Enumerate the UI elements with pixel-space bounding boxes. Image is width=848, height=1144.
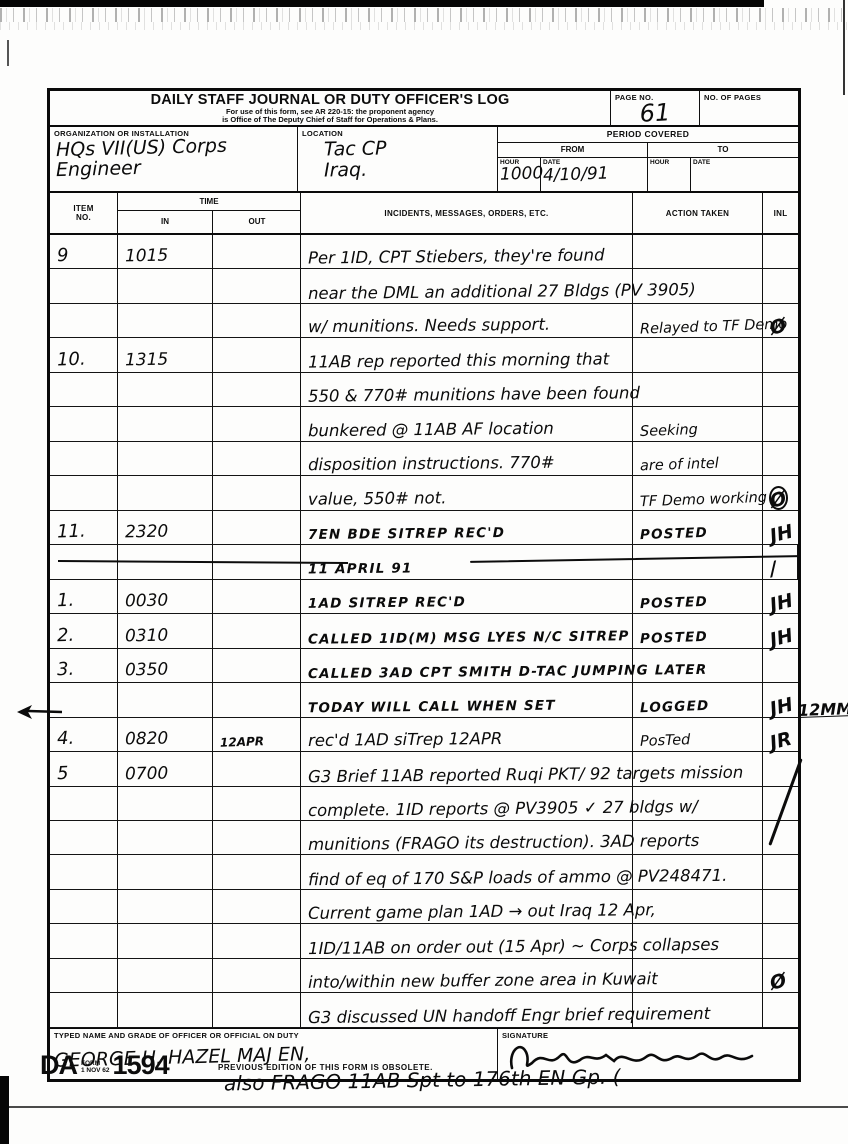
time-in-cell-text: 0310 — [125, 625, 169, 646]
incidents-cell-text: CALLED 1ID(M) MSG LYES N/C SITREP — [308, 628, 630, 647]
journal-row: 50700G3 Brief 11AB reported Ruqi PKT/ 92… — [50, 752, 798, 786]
item-no-cell-text: 2. — [57, 624, 75, 646]
inl-cell: JH — [763, 580, 798, 613]
scan-bottom-line-artifact — [0, 1106, 848, 1108]
inl-cell: JH — [763, 683, 798, 716]
action-taken-cell — [633, 545, 763, 578]
journal-row: 1ID/11AB on order out (15 Apr) ~ Corps c… — [50, 924, 798, 958]
to-date-box: DATE — [691, 158, 798, 191]
incidents-cell-text: bunkered @ 11AB AF location — [308, 419, 554, 441]
action-taken-cell-text: TF Demo working — [640, 490, 767, 510]
inl-cell-text: JH — [768, 593, 794, 614]
time-out-cell — [213, 407, 301, 440]
incidents-cell: bunkered @ 11AB AF location — [301, 407, 633, 440]
from-date-value: 4/10/91 — [543, 162, 648, 186]
form-title-block: DAILY STAFF JOURNAL OR DUTY OFFICER'S LO… — [50, 91, 611, 127]
incidents-cell-text: G3 discussed UN handoff Engr brief requi… — [308, 1004, 710, 1027]
time-in-cell-text: 2320 — [125, 522, 169, 543]
action-taken-cell-text: are of intel — [640, 456, 719, 475]
inl-cell — [763, 373, 798, 406]
item-no-cell — [50, 821, 118, 854]
time-out-cell — [213, 338, 301, 371]
header-time-label: TIME — [118, 193, 300, 211]
incidents-cell: complete. 1ID reports @ PV3905 ✓ 27 bldg… — [301, 787, 633, 820]
time-out-cell — [213, 511, 301, 544]
inl-cell — [763, 338, 798, 371]
period-from-label: FROM — [498, 143, 648, 157]
incidents-cell-text: 1AD SITREP REC'D — [308, 594, 466, 612]
action-taken-cell: LOGGED — [633, 683, 763, 716]
inl-cell-text: JH — [768, 696, 794, 717]
da-form-1594: DAILY STAFF JOURNAL OR DUTY OFFICER'S LO… — [47, 88, 801, 1082]
item-no-cell: 2. — [50, 614, 118, 647]
action-taken-cell: PosTed — [633, 718, 763, 751]
time-in-cell: 0030 — [118, 580, 213, 613]
inl-cell — [763, 269, 798, 302]
header-item-no: ITEMNO. — [50, 193, 118, 233]
time-in-cell — [118, 407, 213, 440]
action-taken-cell: POSTED — [633, 511, 763, 544]
header-inl: INL — [763, 193, 798, 233]
item-no-cell — [50, 924, 118, 957]
time-out-cell — [213, 304, 301, 337]
action-taken-cell: Relayed to TF Demo — [633, 304, 763, 337]
location-value-line1: Tac CP — [324, 136, 497, 160]
journal-row: 10.131511AB rep reported this morning th… — [50, 338, 798, 372]
item-no-cell-text: 11. — [57, 521, 86, 543]
item-no-cell: 1. — [50, 580, 118, 613]
to-hour-box: HOUR — [648, 158, 691, 191]
incidents-cell-text: complete. 1ID reports @ PV3905 ✓ 27 bldg… — [308, 797, 698, 820]
action-taken-cell — [633, 235, 763, 268]
incidents-cell: 1ID/11AB on order out (15 Apr) ~ Corps c… — [301, 924, 633, 957]
incidents-cell-text: near the DML an additional 27 Bldgs (PV … — [308, 280, 696, 303]
journal-row: 3.0350CALLED 3AD CPT SMITH D-TAC JUMPING… — [50, 649, 798, 683]
journal-row: into/within new buffer zone area in Kuwa… — [50, 959, 798, 993]
journal-row: 550 & 770# munitions have been found — [50, 373, 798, 407]
inl-cell: JH — [763, 511, 798, 544]
inl-cell-text: JR — [768, 731, 793, 752]
incidents-cell: 1AD SITREP REC'D — [301, 580, 633, 613]
incidents-cell-text: Per 1ID, CPT Stiebers, they're found — [308, 246, 605, 268]
scan-top-edge-artifact — [0, 0, 764, 7]
scan-noise-band-2 — [0, 22, 848, 30]
time-in-cell — [118, 269, 213, 302]
item-no-cell — [50, 993, 118, 1026]
action-taken-cell-text: LOGGED — [640, 697, 710, 715]
page-no-box: PAGE NO. 61 — [611, 91, 700, 127]
form-edition: 1 NOV 62 — [81, 1067, 110, 1074]
incidents-cell: G3 Brief 11AB reported Ruqi PKT/ 92 targ… — [301, 752, 633, 785]
organization-box: ORGANIZATION OR INSTALLATION HQs VII(US)… — [50, 127, 298, 191]
time-out-cell: 12APR — [213, 718, 301, 751]
time-in-cell-text: 0700 — [125, 763, 169, 784]
action-taken-cell: Seeking — [633, 407, 763, 440]
journal-row: find of eq of 170 S&P loads of ammo @ PV… — [50, 855, 798, 889]
form-header-row: DAILY STAFF JOURNAL OR DUTY OFFICER'S LO… — [50, 91, 798, 127]
incidents-cell-text: rec'd 1AD siTrep 12APR — [308, 729, 503, 750]
time-out-cell — [213, 373, 301, 406]
time-in-cell — [118, 683, 213, 716]
incidents-cell: value, 550# not. — [301, 476, 633, 509]
inl-cell-text: Ø — [768, 973, 788, 992]
incidents-cell: G3 discussed UN handoff Engr brief requi… — [301, 993, 633, 1026]
time-out-cell — [213, 235, 301, 268]
location-box: LOCATION Tac CP Iraq. — [298, 127, 498, 191]
margin-circle-mark — [769, 486, 788, 510]
inl-cell: JR — [763, 718, 798, 751]
item-no-cell — [50, 442, 118, 475]
journal-row: TODAY WILL CALL WHEN SETLOGGEDJH — [50, 683, 798, 717]
time-in-cell — [118, 373, 213, 406]
to-date-label: DATE — [691, 158, 798, 166]
incidents-cell: 11AB rep reported this morning that — [301, 338, 633, 371]
time-in-cell — [118, 821, 213, 854]
time-out-cell — [213, 269, 301, 302]
incidents-cell: rec'd 1AD siTrep 12APR — [301, 718, 633, 751]
item-no-cell: 11. — [50, 511, 118, 544]
typed-name-label: TYPED NAME AND GRADE OF OFFICER OR OFFIC… — [50, 1029, 497, 1040]
inl-cell — [763, 235, 798, 268]
org-location-period-row: ORGANIZATION OR INSTALLATION HQs VII(US)… — [50, 127, 798, 193]
time-out-cell — [213, 476, 301, 509]
inl-cell — [763, 442, 798, 475]
incidents-cell-text: into/within new buffer zone area in Kuwa… — [308, 969, 658, 992]
action-taken-cell-text: POSTED — [640, 628, 708, 646]
inl-cell — [763, 993, 798, 1026]
header-time-out: OUT — [213, 211, 301, 233]
page-no-value: 61 — [610, 97, 699, 130]
form-word: FORM — [81, 1060, 100, 1067]
margin-arrow-annotation — [16, 702, 64, 722]
time-in-cell: 1315 — [118, 338, 213, 371]
journal-row: 1.00301AD SITREP REC'DPOSTEDJH — [50, 580, 798, 614]
item-no-cell — [50, 304, 118, 337]
time-in-cell: 0700 — [118, 752, 213, 785]
from-hour-value: 1000 — [500, 163, 541, 184]
time-in-cell — [118, 993, 213, 1026]
incidents-cell: disposition instructions. 770# — [301, 442, 633, 475]
inl-cell — [763, 821, 798, 854]
item-no-cell-text: 9 — [57, 245, 69, 266]
incidents-cell-text: 550 & 770# munitions have been found — [308, 384, 640, 406]
time-in-cell-text: 0820 — [125, 729, 169, 750]
time-in-cell — [118, 890, 213, 923]
time-in-cell-text: 1315 — [125, 349, 169, 370]
time-in-cell-text: 1015 — [125, 246, 169, 267]
incidents-cell-text: 11AB rep reported this morning that — [308, 349, 609, 371]
incidents-cell: Per 1ID, CPT Stiebers, they're found — [301, 235, 633, 268]
incidents-cell: munitions (FRAGO its destruction). 3AD r… — [301, 821, 633, 854]
time-out-cell — [213, 580, 301, 613]
time-in-cell: 0310 — [118, 614, 213, 647]
no-of-pages-box: NO. OF PAGES — [700, 91, 798, 127]
time-out-cell — [213, 890, 301, 923]
item-no-cell: 10. — [50, 338, 118, 371]
item-no-cell — [50, 476, 118, 509]
incidents-cell-text: 7EN BDE SITREP REC'D — [308, 525, 505, 543]
time-out-cell — [213, 993, 301, 1026]
action-taken-cell: POSTED — [633, 614, 763, 647]
inl-cell-text: / — [768, 560, 779, 577]
journal-row: value, 550# not.TF Demo workingØ — [50, 476, 798, 510]
item-no-cell — [50, 269, 118, 302]
journal-row: G3 discussed UN handoff Engr brief requi… — [50, 993, 798, 1027]
inl-cell: Ø — [763, 959, 798, 992]
action-taken-cell: TF Demo working — [633, 476, 763, 509]
period-to-label: TO — [648, 143, 798, 157]
time-out-cell — [213, 614, 301, 647]
inl-cell-text: JH — [768, 627, 794, 648]
item-no-cell: 3. — [50, 649, 118, 682]
time-in-cell: 0350 — [118, 649, 213, 682]
journal-row: Current game plan 1AD → out Iraq 12 Apr, — [50, 890, 798, 924]
scanned-document-page: DAILY STAFF JOURNAL OR DUTY OFFICER'S LO… — [0, 0, 848, 1144]
inl-cell — [763, 924, 798, 957]
to-hour-label: HOUR — [648, 158, 690, 166]
incidents-cell: w/ munitions. Needs support. — [301, 304, 633, 337]
time-out-cell — [213, 683, 301, 716]
item-no-cell: 5 — [50, 752, 118, 785]
incidents-cell-text: value, 550# not. — [308, 488, 447, 508]
incidents-cell-text: disposition instructions. 770# — [308, 453, 555, 475]
incidents-cell: CALLED 3AD CPT SMITH D-TAC JUMPING LATER — [301, 649, 633, 682]
journal-row: near the DML an additional 27 Bldgs (PV … — [50, 269, 798, 303]
time-out-cell — [213, 855, 301, 888]
inl-cell — [763, 855, 798, 888]
item-no-cell-text: 5 — [57, 762, 69, 783]
incidents-cell: 550 & 770# munitions have been found — [301, 373, 633, 406]
journal-row: 4.082012APRrec'd 1AD siTrep 12APRPosTedJ… — [50, 718, 798, 752]
time-out-cell-text: 12APR — [220, 734, 264, 750]
period-covered-box: PERIOD COVERED FROM TO HOUR 1000 DATE 4/… — [498, 127, 798, 191]
time-in-cell — [118, 476, 213, 509]
margin-note-12mm: 12MM — [798, 699, 848, 720]
time-out-cell — [213, 924, 301, 957]
item-no-cell — [50, 855, 118, 888]
form-number: 1594 — [113, 1052, 169, 1078]
journal-row: disposition instructions. 770#are of int… — [50, 442, 798, 476]
item-no-cell — [50, 890, 118, 923]
journal-rows: 91015Per 1ID, CPT Stiebers, they're foun… — [50, 235, 798, 1028]
time-out-cell — [213, 787, 301, 820]
inl-cell-text: JH — [768, 524, 794, 545]
time-in-cell-text: 0350 — [125, 660, 169, 681]
journal-row: 11.23207EN BDE SITREP REC'DPOSTEDJH — [50, 511, 798, 545]
from-hour-box: HOUR 1000 — [498, 158, 541, 191]
inl-cell-text: Ø — [768, 318, 788, 337]
time-in-cell — [118, 924, 213, 957]
time-in-cell: 1015 — [118, 235, 213, 268]
form-number-block: DA FORM 1 NOV 62 1594 — [40, 1052, 169, 1078]
time-out-cell — [213, 649, 301, 682]
incidents-cell: TODAY WILL CALL WHEN SET — [301, 683, 633, 716]
item-no-cell-text: 4. — [57, 728, 75, 750]
journal-row: 2.0310CALLED 1ID(M) MSG LYES N/C SITREPP… — [50, 614, 798, 648]
inl-cell — [763, 649, 798, 682]
journal-row: bunkered @ 11AB AF locationSeeking — [50, 407, 798, 441]
incidents-cell-text: w/ munitions. Needs support. — [308, 315, 550, 337]
inl-cell — [763, 407, 798, 440]
time-in-cell-text: 0030 — [125, 591, 169, 612]
time-in-cell: 2320 — [118, 511, 213, 544]
time-out-cell — [213, 959, 301, 992]
action-taken-cell-text: POSTED — [640, 594, 708, 612]
action-taken-cell: POSTED — [633, 580, 763, 613]
scan-noise-band — [0, 8, 848, 22]
time-in-cell — [118, 787, 213, 820]
time-in-cell — [118, 855, 213, 888]
time-out-cell — [213, 752, 301, 785]
form-edition-block: FORM 1 NOV 62 — [81, 1060, 110, 1074]
journal-row: complete. 1ID reports @ PV3905 ✓ 27 bldg… — [50, 787, 798, 821]
incidents-cell-text: 1ID/11AB on order out (15 Apr) ~ Corps c… — [308, 935, 719, 958]
inl-cell: / — [763, 545, 798, 578]
form-subtitle-line2: is Office of The Deputy Chief of Staff f… — [50, 116, 610, 124]
organization-value-line2: Engineer — [56, 154, 297, 181]
action-taken-cell-text: Seeking — [640, 422, 698, 440]
scan-right-edge-artifact — [843, 0, 845, 95]
incidents-cell-text: TODAY WILL CALL WHEN SET — [308, 697, 556, 716]
item-no-cell-text: 3. — [57, 659, 75, 681]
da-prefix: DA — [40, 1052, 77, 1078]
time-out-cell — [213, 821, 301, 854]
action-taken-cell — [633, 338, 763, 371]
incidents-cell: near the DML an additional 27 Bldgs (PV … — [301, 269, 633, 302]
incidents-cell-text: G3 Brief 11AB reported Ruqi PKT/ 92 targ… — [308, 762, 743, 786]
no-of-pages-label: NO. OF PAGES — [700, 91, 798, 102]
time-in-cell — [118, 959, 213, 992]
incidents-cell: 7EN BDE SITREP REC'D — [301, 511, 633, 544]
inl-cell — [763, 890, 798, 923]
form-title: DAILY STAFF JOURNAL OR DUTY OFFICER'S LO… — [50, 93, 610, 108]
journal-row: w/ munitions. Needs support.Relayed to T… — [50, 304, 798, 338]
action-taken-cell-text: POSTED — [640, 525, 708, 543]
incidents-cell-text: Current game plan 1AD → out Iraq 12 Apr, — [308, 901, 656, 924]
journal-separator-row: 11 APRIL 91/ — [50, 545, 798, 579]
item-no-cell: 9 — [50, 235, 118, 268]
inl-cell: JH — [763, 614, 798, 647]
time-in-cell — [118, 304, 213, 337]
header-time: TIME IN OUT — [118, 193, 301, 233]
action-taken-cell — [633, 373, 763, 406]
journal-row: munitions (FRAGO its destruction). 3AD r… — [50, 821, 798, 855]
item-no-cell-text: 1. — [57, 590, 75, 612]
from-date-box: DATE 4/10/91 — [541, 158, 648, 191]
incidents-cell: find of eq of 170 S&P loads of ammo @ PV… — [301, 855, 633, 888]
location-value-line2: Iraq. — [324, 157, 497, 181]
item-no-cell — [50, 407, 118, 440]
action-taken-cell: are of intel — [633, 442, 763, 475]
scan-left-edge-artifact — [7, 40, 9, 66]
time-in-cell: 0820 — [118, 718, 213, 751]
header-time-in: IN — [118, 211, 213, 233]
column-header-row: ITEMNO. TIME IN OUT INCIDENTS, MESSAGES,… — [50, 193, 798, 235]
item-no-cell — [50, 373, 118, 406]
journal-row: 91015Per 1ID, CPT Stiebers, they're foun… — [50, 235, 798, 269]
incidents-cell: CALLED 1ID(M) MSG LYES N/C SITREP — [301, 614, 633, 647]
time-in-cell — [118, 442, 213, 475]
header-action-taken: ACTION TAKEN — [633, 193, 763, 233]
incidents-cell: Current game plan 1AD → out Iraq 12 Apr, — [301, 890, 633, 923]
period-covered-label: PERIOD COVERED — [498, 127, 798, 143]
item-no-cell — [50, 959, 118, 992]
incidents-cell: 11 APRIL 91 — [301, 545, 633, 578]
header-incidents: INCIDENTS, MESSAGES, ORDERS, ETC. — [301, 193, 633, 233]
time-out-cell — [213, 442, 301, 475]
scan-bottom-left-artifact — [0, 1076, 9, 1144]
item-no-cell-text: 10. — [57, 348, 86, 370]
incidents-cell: into/within new buffer zone area in Kuwa… — [301, 959, 633, 992]
item-no-cell — [50, 787, 118, 820]
item-no-cell: 4. — [50, 718, 118, 751]
action-taken-cell-text: PosTed — [640, 732, 691, 750]
